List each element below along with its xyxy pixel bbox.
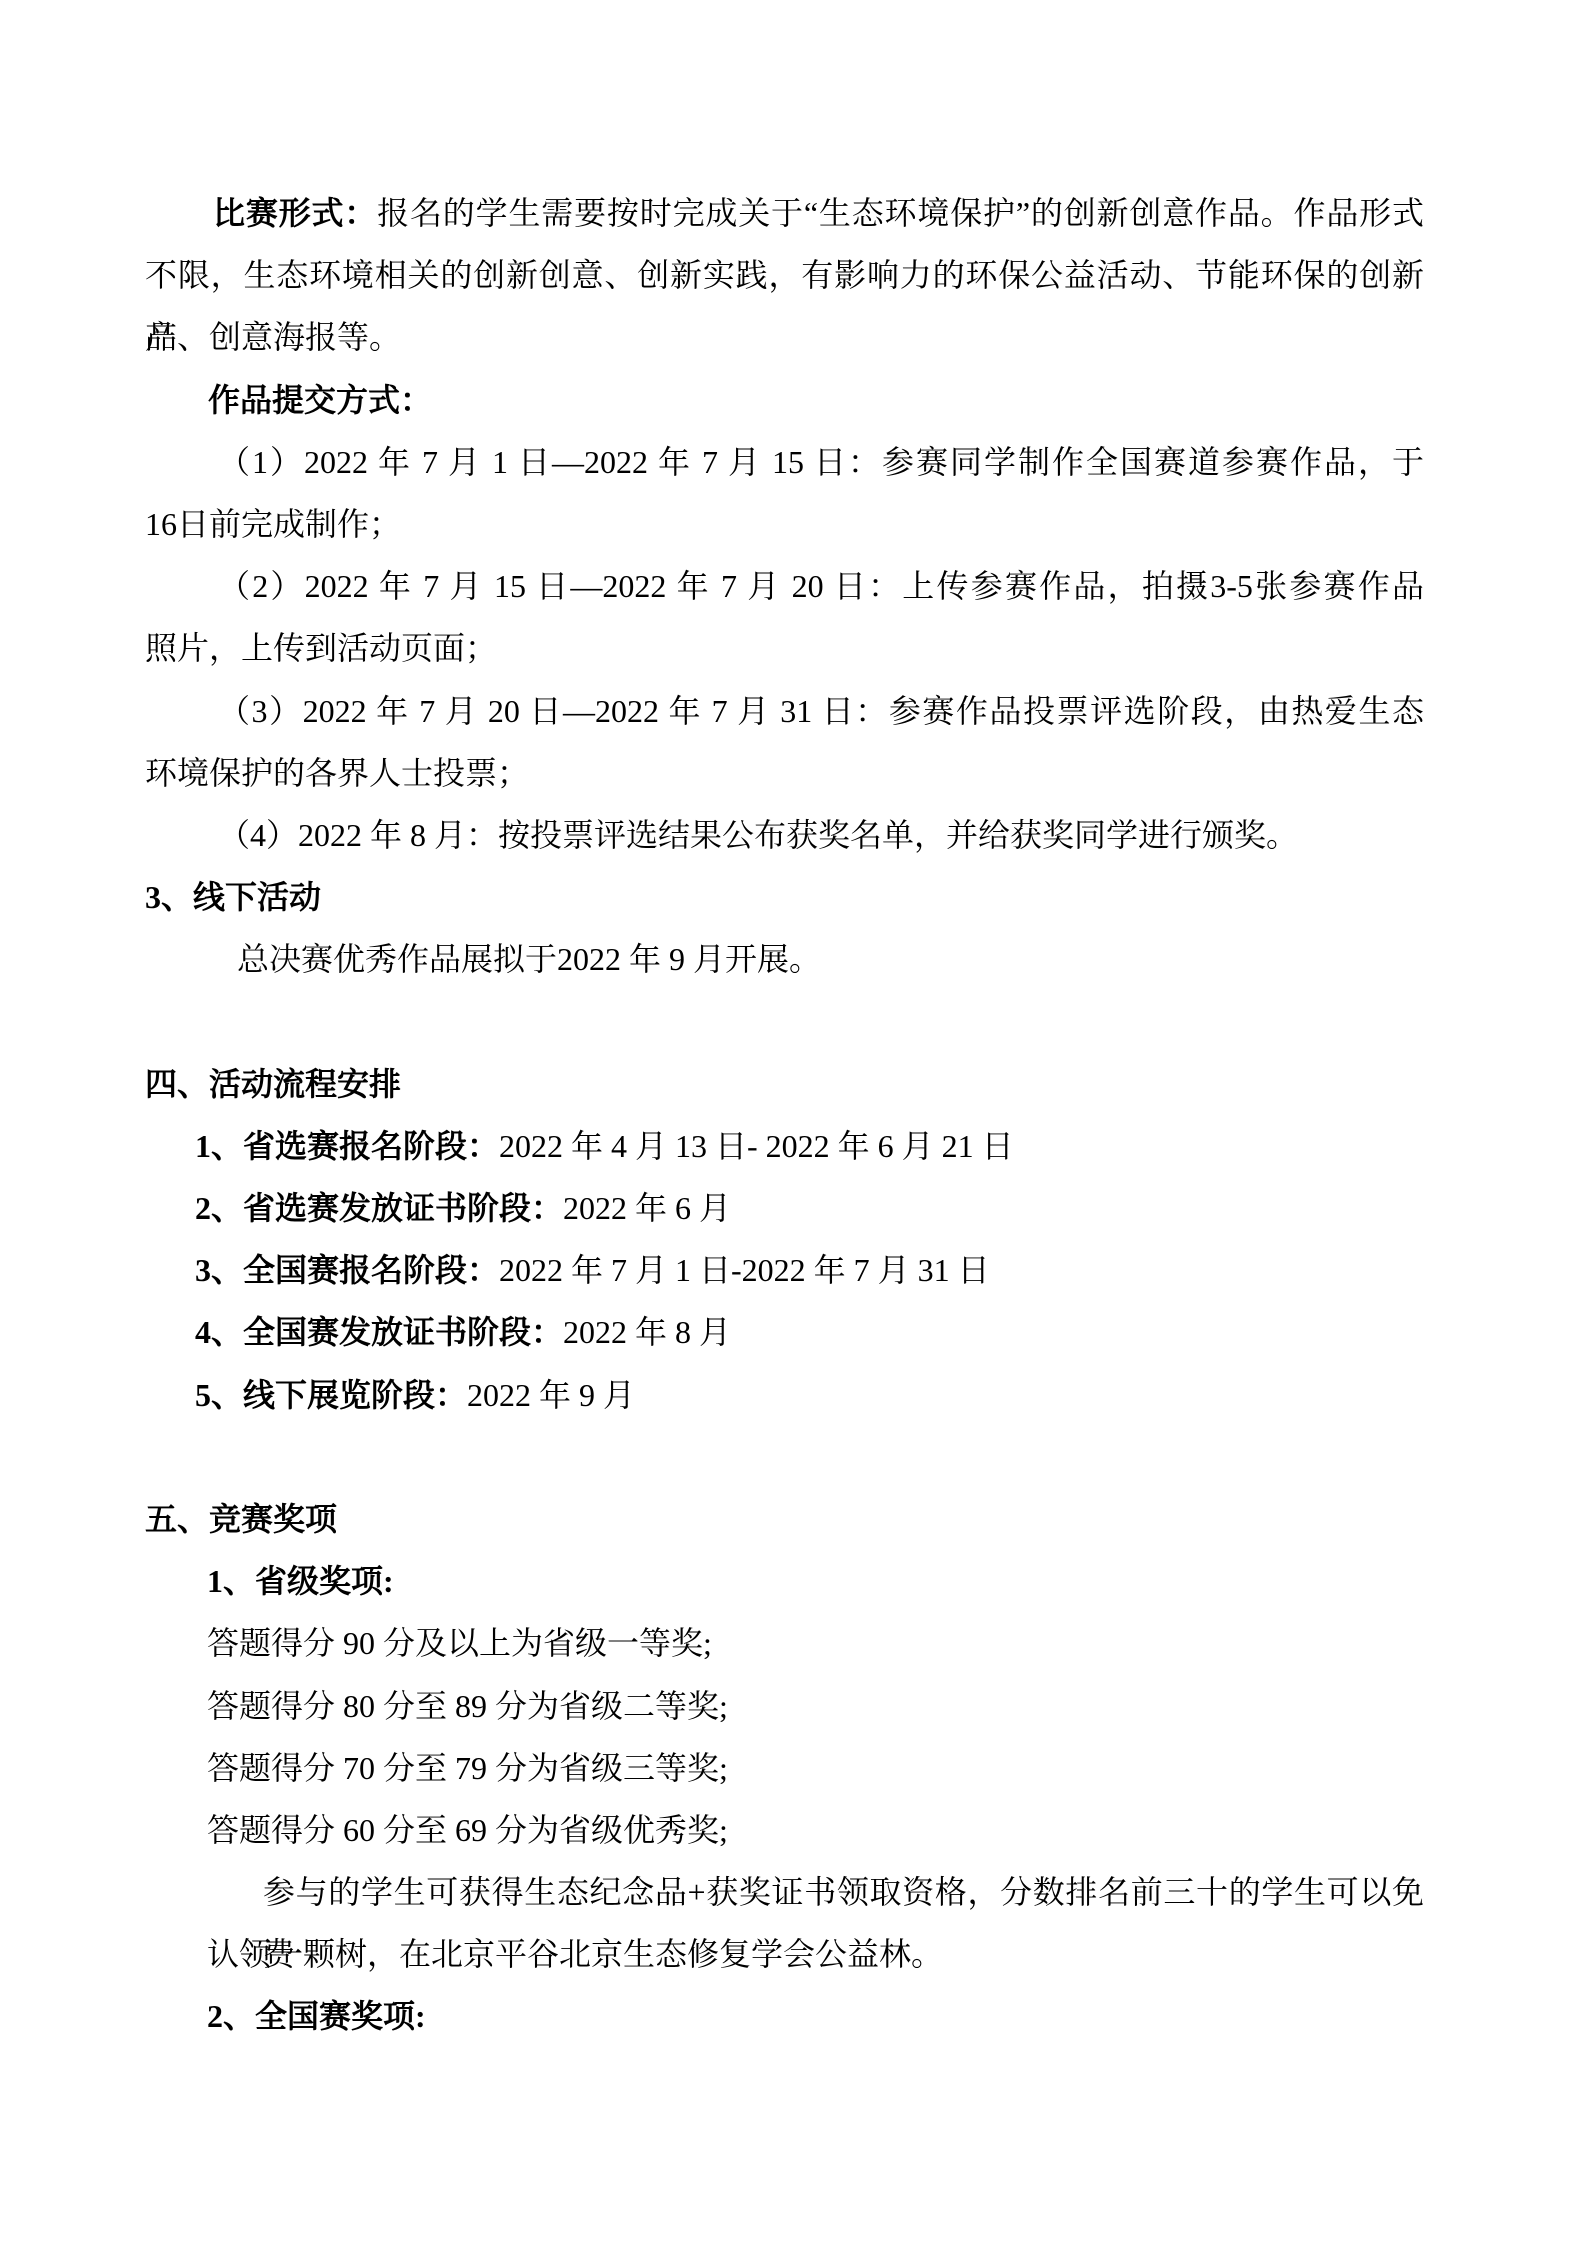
text-segment: （2）2022 年 7 月 15 日—2022 年 7 月 20 日：上传参赛作…	[218, 568, 1424, 604]
heading-national-awards: 2、全国赛奖项:	[145, 1985, 1424, 2047]
line-participation-benefit-2: 认领一颗树，在北京平谷北京生态修复学会公益林。	[145, 1923, 1424, 1985]
bold-text-segment: 作品提交方式：	[208, 382, 432, 418]
bold-text-segment: 1、省选赛报名阶段：	[195, 1128, 499, 1164]
text-segment: （4）2022 年 8 月：按投票评选结果公布获奖名单，并给获奖同学进行颁奖。	[218, 817, 1298, 853]
line-competition-format-3: 品、创意海报等。	[145, 306, 1424, 368]
text-segment: 答题得分 80 分至 89 分为省级二等奖;	[207, 1688, 728, 1724]
text-segment: 总决赛优秀作品展拟于2022 年 9 月开展。	[237, 941, 821, 977]
bold-text-segment: 3、全国赛报名阶段：	[195, 1252, 499, 1288]
line-offline-activity-detail: 总决赛优秀作品展拟于2022 年 9 月开展。	[145, 928, 1424, 990]
bold-text-segment: 1、省级奖项:	[207, 1563, 394, 1599]
blank-line	[145, 990, 1424, 1052]
bold-text-segment: 4、全国赛发放证书阶段：	[195, 1314, 563, 1350]
line-schedule-item-1: 1、省选赛报名阶段：2022 年 4 月 13 日- 2022 年 6 月 21…	[145, 1115, 1424, 1177]
text-segment: 环境保护的各界人士投票；	[145, 755, 529, 791]
text-segment: 品、创意海报等。	[145, 319, 401, 355]
line-score-first-prize: 答题得分 90 分及以上为省级一等奖;	[145, 1612, 1424, 1674]
line-schedule-item-3: 3、全国赛报名阶段：2022 年 7 月 1 日-2022 年 7 月 31 日	[145, 1239, 1424, 1301]
line-participation-benefit-1: 参与的学生可获得生态纪念品+获奖证书领取资格，分数排名前三十的学生可以免费	[145, 1861, 1424, 1923]
line-competition-format-2: 不限，生态环境相关的创新创意、创新实践，有影响力的环保公益活动、节能环保的创新产	[145, 244, 1424, 306]
line-schedule-item-4: 4、全国赛发放证书阶段：2022 年 8 月	[145, 1301, 1424, 1363]
text-segment: 答题得分 60 分至 69 分为省级优秀奖;	[207, 1812, 728, 1848]
text-segment: 答题得分 70 分至 79 分为省级三等奖;	[207, 1750, 728, 1786]
text-segment: 2022 年 6 月	[563, 1190, 731, 1226]
text-segment: 16日前完成制作；	[145, 506, 401, 542]
bold-text-segment: 四、活动流程安排	[145, 1066, 401, 1102]
text-segment: （3）2022 年 7 月 20 日—2022 年 7 月 31 日：参赛作品投…	[218, 693, 1424, 729]
line-phase1-b: 16日前完成制作；	[145, 493, 1424, 555]
line-phase2-a: （2）2022 年 7 月 15 日—2022 年 7 月 20 日：上传参赛作…	[145, 555, 1424, 617]
text-segment: 2022 年 7 月 1 日-2022 年 7 月 31 日	[499, 1252, 990, 1288]
line-score-second-prize: 答题得分 80 分至 89 分为省级二等奖;	[145, 1675, 1424, 1737]
bold-text-segment: 五、竞赛奖项	[145, 1501, 337, 1537]
bold-text-segment: 5、线下展览阶段：	[195, 1377, 467, 1413]
bold-text-segment: 2、全国赛奖项:	[207, 1998, 426, 2034]
line-score-third-prize: 答题得分 70 分至 79 分为省级三等奖;	[145, 1737, 1424, 1799]
line-schedule-item-2: 2、省选赛发放证书阶段：2022 年 6 月	[145, 1177, 1424, 1239]
heading-section5-awards: 五、竞赛奖项	[145, 1488, 1424, 1550]
heading-section4-schedule: 四、活动流程安排	[145, 1053, 1424, 1115]
text-segment: 照片，上传到活动页面；	[145, 630, 497, 666]
blank-line	[145, 1426, 1424, 1488]
heading-offline-activity: 3、线下活动	[145, 866, 1424, 928]
line-phase2-b: 照片，上传到活动页面；	[145, 617, 1424, 679]
line-phase3-b: 环境保护的各界人士投票；	[145, 742, 1424, 804]
bold-text-segment: 比赛形式：	[213, 195, 377, 231]
text-segment: 2022 年 4 月 13 日- 2022 年 6 月 21 日	[499, 1128, 1014, 1164]
bold-text-segment: 2、省选赛发放证书阶段：	[195, 1190, 563, 1226]
bold-text-segment: 3、线下活动	[145, 879, 321, 915]
text-segment: 报名的学生需要按时完成关于“生态环境保护”的创新创意作品。作品形式	[377, 195, 1424, 231]
line-submission-method-heading: 作品提交方式：	[145, 369, 1424, 431]
text-segment: 答题得分 90 分及以上为省级一等奖;	[207, 1625, 712, 1661]
text-segment: （1）2022 年 7 月 1 日—2022 年 7 月 15 日：参赛同学制作…	[218, 444, 1424, 480]
line-schedule-item-5: 5、线下展览阶段：2022 年 9 月	[145, 1364, 1424, 1426]
text-segment: 2022 年 8 月	[563, 1314, 731, 1350]
text-segment: 2022 年 9 月	[467, 1377, 635, 1413]
line-competition-format-1: 比赛形式：报名的学生需要按时完成关于“生态环境保护”的创新创意作品。作品形式	[145, 182, 1424, 244]
document-page: 比赛形式：报名的学生需要按时完成关于“生态环境保护”的创新创意作品。作品形式不限…	[0, 0, 1586, 2245]
line-phase3-a: （3）2022 年 7 月 20 日—2022 年 7 月 31 日：参赛作品投…	[145, 680, 1424, 742]
line-score-excellence-prize: 答题得分 60 分至 69 分为省级优秀奖;	[145, 1799, 1424, 1861]
heading-provincial-awards: 1、省级奖项:	[145, 1550, 1424, 1612]
document-body: 比赛形式：报名的学生需要按时完成关于“生态环境保护”的创新创意作品。作品形式不限…	[145, 182, 1424, 2048]
line-phase4: （4）2022 年 8 月：按投票评选结果公布获奖名单，并给获奖同学进行颁奖。	[145, 804, 1424, 866]
line-phase1-a: （1）2022 年 7 月 1 日—2022 年 7 月 15 日：参赛同学制作…	[145, 431, 1424, 493]
text-segment: 认领一颗树，在北京平谷北京生态修复学会公益林。	[207, 1936, 943, 1972]
